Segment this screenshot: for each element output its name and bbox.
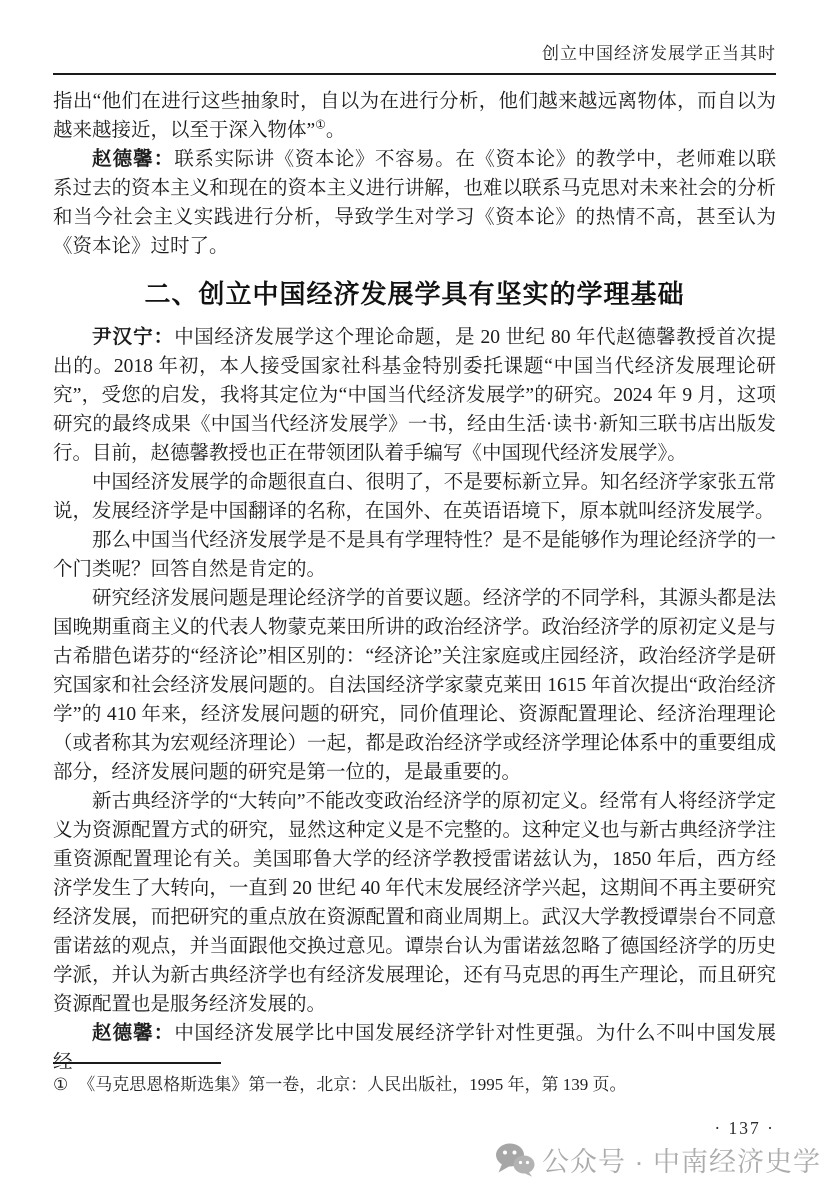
paragraph-continuation: 指出“他们在进行这些抽象时，自以为在进行分析，他们越来越远离物体，而自以为越来越…: [53, 87, 776, 145]
paragraph-yin-3: 那么中国当代经济发展学是不是具有学理特性？是不是能够作为理论经济学的一个门类呢？…: [53, 526, 776, 584]
header-rule: [53, 73, 776, 75]
paragraph-zhao-2: 赵德馨：中国经济发展学比中国发展经济学针对性更强。为什么不叫中国发展经: [53, 1019, 776, 1077]
running-head: 创立中国经济发展学正当其时: [0, 0, 829, 64]
paragraph-yin-1: 尹汉宁：中国经济发展学这个理论命题，是 20 世纪 80 年代赵德馨教授首次提出…: [53, 323, 776, 468]
document-page: 创立中国经济发展学正当其时 指出“他们在进行这些抽象时，自以为在进行分析，他们越…: [0, 0, 829, 1195]
wechat-icon: [495, 1143, 535, 1177]
paragraph-yin-5: 新古典经济学的“大转向”不能改变政治经济学的原初定义。经常有人将经济学定义为资源…: [53, 787, 776, 1019]
speaker-name-yin: 尹汉宁：: [92, 326, 174, 348]
watermark-text: 公众号 · 中南经济史学: [542, 1140, 821, 1179]
footnote: ①《马克思恩格斯选集》第一卷，北京：人民出版社，1995 年，第 139 页。: [53, 1072, 776, 1097]
footnote-separator: [53, 1062, 221, 1064]
speaker-name-zhao: 赵德馨：: [92, 148, 174, 170]
page-number: · 137 ·: [714, 1118, 775, 1139]
paragraph-zhao-1: 赵德馨：联系实际讲《资本论》不容易。在《资本论》的教学中，老师难以联系过去的资本…: [53, 145, 776, 261]
speaker-name-zhao-2: 赵德馨：: [92, 1022, 174, 1044]
paragraph-yin-4: 研究经济发展问题是理论经济学的首要议题。经济学的不同学科，其源头都是法国晚期重商…: [53, 584, 776, 787]
footnote-text: 《马克思恩格斯选集》第一卷，北京：人民出版社，1995 年，第 139 页。: [78, 1075, 626, 1094]
footnote-ref-1: ①: [315, 118, 326, 132]
watermark: 公众号 · 中南经济史学: [495, 1140, 821, 1179]
paragraph-tail: 。: [326, 120, 346, 141]
paragraph-yin-2: 中国经济发展学的命题很直白、很明了，不是要标新立异。知名经济学家张五常说，发展经…: [53, 468, 776, 526]
paragraph-text: 指出“他们在进行这些抽象时，自以为在进行分析，他们越来越远离物体，而自以为越来越…: [53, 91, 776, 141]
section-heading: 二、创立中国经济发展学具有坚实的学理基础: [53, 278, 776, 312]
footnote-marker: ①: [53, 1075, 68, 1094]
article-body: 指出“他们在进行这些抽象时，自以为在进行分析，他们越来越远离物体，而自以为越来越…: [53, 87, 776, 1077]
